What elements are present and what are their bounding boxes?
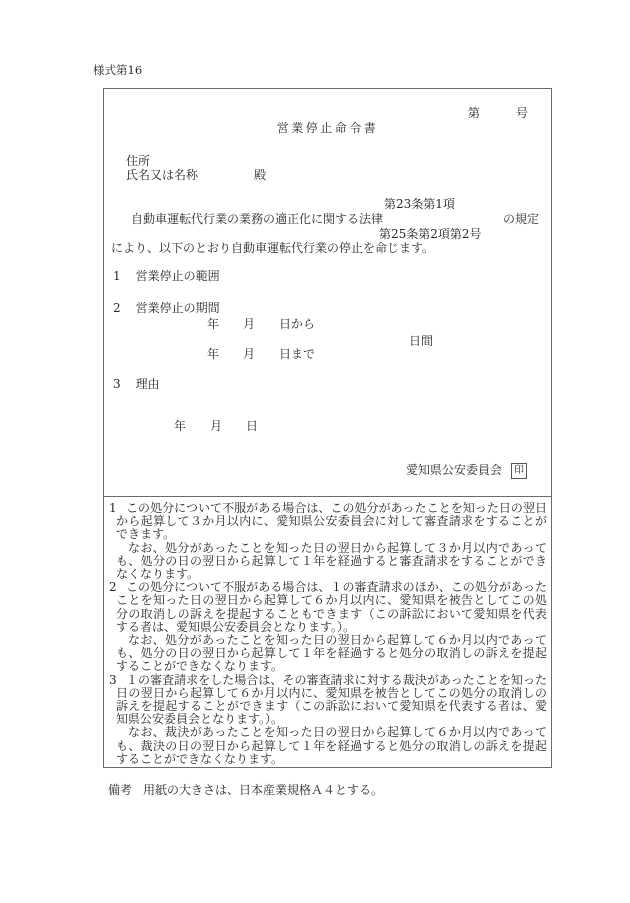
note-paragraph: １の審査請求をした場合は、その審査請求に対する裁決があったことを知った日の翌日か… [116,674,547,727]
issue-date-blank: 年 月 日 [174,419,258,434]
law-provision-suffix: の規定 [503,212,539,227]
section-scope-number: 1 [113,269,121,283]
period-date-from-blank: 年 月 日から [207,317,315,332]
document-title: 営業停止命令書 [104,121,551,136]
note-number: 1 [109,502,117,515]
document-number-blank: 第 号 [468,106,528,121]
law-article-option-top: 第23条第1項 [384,197,455,212]
period-days-blank: 日間 [409,334,433,349]
note-item-1: 1 この処分について不服がある場合は、この処分があったことを知った日の翌日から起… [104,502,551,581]
section-period-label: 営業停止の期間 [136,301,220,315]
remark-label: 備考 [108,783,132,797]
section-period: 2営業停止の期間 [113,301,220,316]
form-number-label: 様式第16 [93,62,142,78]
name-label: 氏名又は名称 [126,168,198,183]
appeal-notes-box: 1 この処分について不服がある場合は、この処分があったことを知った日の翌日から起… [103,497,552,768]
note-paragraph: この処分について不服がある場合は、１の審査請求のほか、この処分があったことを知っ… [116,581,547,634]
honorific-dono: 殿 [254,168,266,183]
document-page: { "page": { "form_label": "様式第16", "rema… [0,0,630,903]
section-reason: 3理由 [113,377,160,392]
section-period-number: 2 [113,301,121,315]
note-paragraph: なお、裁決があったことを知った日の翌日から起算して６か月以内であっても、裁決の日… [116,726,547,766]
law-name: 自動車運転代行業の業務の適正化に関する法律 [131,212,383,227]
note-paragraph: この処分について不服がある場合は、この処分があったことを知った日の翌日から起算し… [116,502,547,542]
note-paragraph: なお、処分があったことを知った日の翌日から起算して３か月以内であっても、処分の日… [116,542,547,582]
issuer-name: 愛知県公安委員会 [406,463,502,477]
order-box: 第 号 営業停止命令書 住所 氏名又は名称 殿 第23条第1項 自動車運転代行業… [103,88,552,497]
note-item-3: 3 １の審査請求をした場合は、その審査請求に対する裁決があったことを知った日の翌… [104,674,551,766]
note-number: 3 [109,674,117,687]
remark-line: 備考用紙の大きさは、日本産業規格Ａ４とする。 [108,781,383,798]
law-article-option-bottom: 第25条第2項第2号 [379,227,482,242]
section-reason-label: 理由 [136,377,160,391]
section-scope-label: 営業停止の範囲 [136,269,220,283]
section-reason-number: 3 [113,377,121,391]
note-item-2: 2 この処分について不服がある場合は、１の審査請求のほか、この処分があったことを… [104,581,551,673]
note-paragraph: なお、処分があったことを知った日の翌日から起算して６か月以内であっても、処分の日… [116,634,547,674]
issuer-signature: 愛知県公安委員会印 [406,463,527,479]
order-statement: により、以下のとおり自動車運転代行業の停止を命じます。 [111,241,434,256]
section-scope: 1営業停止の範囲 [113,269,220,284]
seal-mark: 印 [511,463,527,479]
period-date-to-blank: 年 月 日まで [207,347,315,362]
note-number: 2 [109,581,117,594]
remark-text: 用紙の大きさは、日本産業規格Ａ４とする。 [143,783,383,797]
address-label: 住所 [126,154,150,169]
